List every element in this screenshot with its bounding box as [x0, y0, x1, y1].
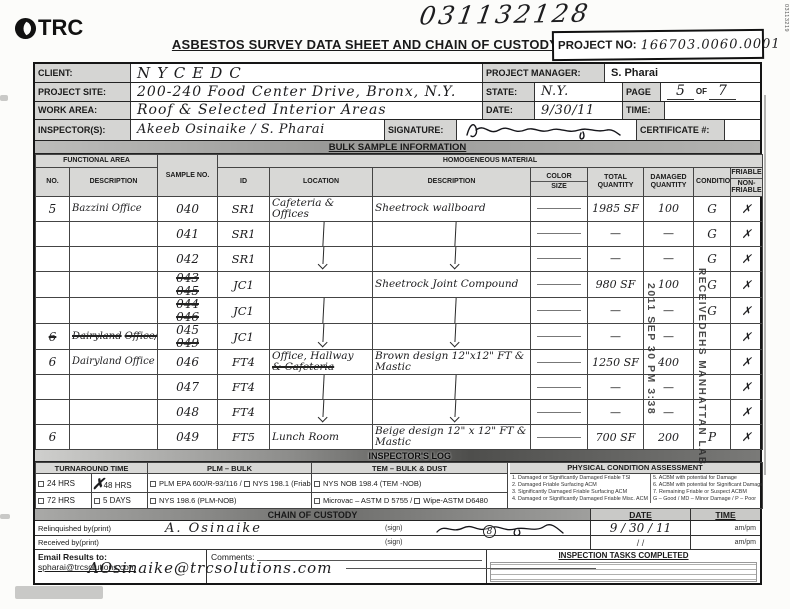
chain-of-custody-header: CHAIN OF CUSTODY DATE TIME	[35, 509, 760, 521]
signature-label: SIGNATURE:	[385, 120, 457, 140]
client-value: NYCEDC	[131, 64, 483, 82]
cell-color	[531, 425, 588, 450]
cell-color	[531, 271, 588, 297]
scan-artifact	[15, 586, 103, 599]
handwritten-check: ✗	[92, 475, 105, 493]
header-no: NO.	[36, 167, 70, 196]
cell-x: ✗	[731, 271, 763, 297]
cell-d2	[373, 298, 531, 324]
relinquished-row: Relinquished by(print) A. Osinaike (sign…	[35, 521, 760, 536]
header-size: SIZE	[531, 182, 587, 192]
handwritten-email: AOsinaike@trcsolutions.com	[88, 559, 596, 577]
cell-d2: Sheetrock Joint Compound	[373, 271, 531, 297]
inspector-label: INSPECTOR(S):	[35, 120, 131, 140]
cell-dam: —	[644, 375, 694, 400]
cell-dam: 200	[644, 425, 694, 450]
cell-total: 1985 SF	[588, 196, 644, 221]
checkbox-wipe	[414, 498, 420, 504]
bulk-section-title: BULK SAMPLE INFORMATION	[35, 141, 760, 154]
sample-row: 6049FT5Lunch RoomBeige design 12" x 12" …	[36, 425, 763, 450]
circled-number: 8	[483, 525, 496, 538]
handwritten-scan-number: 031132128	[417, 0, 592, 30]
custody-date-header: DATE	[590, 509, 690, 520]
color-size-divider	[537, 336, 581, 337]
cell-x: ✗	[731, 324, 763, 350]
state-value: N.Y.	[535, 83, 623, 101]
color-size-divider	[537, 437, 581, 438]
cell-dam: —	[644, 400, 694, 425]
cell-total: —	[588, 324, 644, 350]
cell-loc	[270, 246, 373, 271]
cell-x: ✗	[731, 221, 763, 246]
color-size-divider	[537, 208, 581, 209]
cell-color	[531, 196, 588, 221]
plm-row1: PLM EPA 600/R-93/116 / NYS 198.1 (Friabl…	[148, 474, 312, 493]
pca-item: 4. Damaged or Significantly Damaged Fria…	[512, 496, 648, 503]
relinquished-ampm: am/pm	[690, 521, 760, 535]
cell-total: 700 SF	[588, 425, 644, 450]
cell-loc: Cafeteria & Offices	[270, 196, 373, 221]
cell-color	[531, 324, 588, 350]
client-label: CLIENT:	[35, 64, 131, 82]
cell-d2	[373, 324, 531, 350]
cell-cond: G	[694, 246, 731, 271]
cell-cond: P	[694, 425, 731, 450]
cell-dam: —	[644, 221, 694, 246]
cell-no	[36, 375, 70, 400]
cell-desc: BazziniOffice	[70, 196, 158, 221]
sample-row: 043045JC1Sheetrock Joint Compound980 SF1…	[36, 271, 763, 297]
cell-sample: 046	[158, 350, 218, 375]
bulk-sample-table: FUNCTIONAL AREA SAMPLE NO. HOMOGENEOUS M…	[35, 154, 763, 451]
cell-id: SR1	[218, 196, 270, 221]
color-size-divider	[537, 258, 581, 259]
cell-desc	[70, 375, 158, 400]
header-description: DESCRIPTION	[70, 167, 158, 196]
checkbox-nys-1986	[150, 498, 156, 504]
header-description2: DESCRIPTION	[373, 167, 531, 196]
inspector-value: Akeeb Osinaike / S. Pharai	[131, 120, 385, 140]
cell-desc: DairylandOfficeCafe	[70, 350, 158, 375]
pca-item: 5. ACBM with potential for Damage	[653, 475, 762, 482]
cell-desc	[70, 425, 158, 450]
pca-left: 1. Damaged or Significantly Damaged Fria…	[510, 474, 651, 503]
color-size-divider	[537, 362, 581, 363]
pca-item: 7. Remaining Friable or Suspect ACBM	[653, 489, 762, 496]
inspectors-log-table: TURNAROUND TIME PLM – BULK TEM – BULK & …	[35, 462, 763, 509]
cell-color	[531, 350, 588, 375]
work-area-value: Roof & Selected Interior Areas	[131, 102, 483, 119]
cell-x: ✗	[731, 196, 763, 221]
header-damaged-quantity: DAMAGED QUANTITY	[644, 167, 694, 196]
sample-row: 6DairylandOfficeCafe046FT4Office, Hallwa…	[36, 350, 763, 375]
cell-loc	[270, 221, 373, 246]
scan-artifact	[0, 514, 10, 519]
cell-color	[531, 400, 588, 425]
cell-id: FT4	[218, 400, 270, 425]
cell-sample: 047	[158, 375, 218, 400]
cell-loc	[270, 375, 373, 400]
cell-id: FT4	[218, 375, 270, 400]
cell-no	[36, 221, 70, 246]
cell-x: ✗	[731, 298, 763, 324]
checkbox-nys-1981	[244, 481, 250, 487]
cell-cond	[694, 400, 731, 425]
time-value	[665, 102, 760, 119]
cell-sample: 042	[158, 246, 218, 271]
cell-total: —	[588, 400, 644, 425]
scanned-form-sheet: TRC 031132128 ASBESTOS SURVEY DATA SHEET…	[0, 0, 790, 609]
cell-desc	[70, 271, 158, 297]
cell-id: SR1	[218, 221, 270, 246]
cell-loc	[270, 400, 373, 425]
cell-total: —	[588, 298, 644, 324]
received-label: Received by(print)	[35, 538, 145, 547]
info-row-site: PROJECT SITE: 200-240 Food Center Drive,…	[35, 83, 760, 102]
page-of-label: OF	[696, 87, 707, 96]
tem-row2: Microvac – ASTM D 5755 / Wipe-ASTM D6480	[312, 493, 508, 509]
cell-dam: —	[644, 324, 694, 350]
header-homogeneous-material: HOMOGENEOUS MATERIAL	[218, 154, 763, 167]
info-row-client: CLIENT: NYCEDC PROJECT MANAGER: S. Phara…	[35, 64, 760, 83]
received-row: Received by(print) (sign) / / am/pm	[35, 536, 760, 550]
chain-of-custody-title: CHAIN OF CUSTODY	[35, 509, 590, 520]
tem-header: TEM – BULK & DUST	[312, 463, 508, 474]
sample-row: 047FT4——✗	[36, 375, 763, 400]
sign-label-1: (sign)	[385, 525, 419, 532]
cell-no	[36, 400, 70, 425]
checkbox-24hrs	[38, 481, 44, 487]
form-title: ASBESTOS SURVEY DATA SHEET AND CHAIN OF …	[150, 37, 580, 52]
header-functional-area: FUNCTIONAL AREA	[36, 154, 158, 167]
turnaround-72: 72 HRS	[36, 493, 92, 509]
cell-sample: 043045	[158, 271, 218, 297]
cell-dam: 400	[644, 350, 694, 375]
color-size-divider	[537, 412, 581, 413]
cell-cond: G	[694, 221, 731, 246]
cell-x: ✗	[731, 375, 763, 400]
cell-no: 5	[36, 196, 70, 221]
cell-loc: Office, Hallway& Cafeteria	[270, 350, 373, 375]
turnaround-24: 24 HRS	[36, 474, 92, 493]
cell-desc	[70, 400, 158, 425]
cell-total: 1250 SF	[588, 350, 644, 375]
header-non-friable: NON-FRIABLE	[731, 179, 762, 196]
cell-no	[36, 246, 70, 271]
cell-id: SR1	[218, 246, 270, 271]
relinquished-print-name: A. Osinaike	[145, 521, 385, 536]
signature-area	[457, 120, 637, 140]
form-body: CLIENT: NYCEDC PROJECT MANAGER: S. Phara…	[33, 62, 762, 585]
trc-logo: TRC	[14, 15, 83, 41]
cell-d2: Brown design 12"x12" FT & Mastic	[373, 350, 531, 375]
cell-total: 980 SF	[588, 271, 644, 297]
scan-edge-code: 03113219	[783, 4, 789, 32]
date-label: DATE:	[483, 102, 535, 119]
cell-dam: 100	[644, 196, 694, 221]
pca-item: 3. Significantly Damaged Friable Surfaci…	[512, 489, 648, 496]
pca-cell: PHYSICAL CONDITION ASSESSMENT 1. Damaged…	[508, 463, 763, 509]
header-sample-no: SAMPLE NO.	[158, 154, 218, 196]
cell-desc	[70, 246, 158, 271]
certificate-label: CERTIFICATE #:	[637, 120, 725, 140]
cell-no	[36, 271, 70, 297]
header-friable: FRIABLE NON-FRIABLE	[731, 167, 763, 196]
page-number: 5	[667, 83, 694, 100]
date-value: 9/30/11	[535, 102, 623, 119]
cell-color	[531, 375, 588, 400]
cell-loc	[270, 324, 373, 350]
cell-d2	[373, 400, 531, 425]
cell-cond: G	[694, 298, 731, 324]
cell-cond: G	[694, 271, 731, 297]
cell-no: 6	[36, 324, 70, 350]
page-edge-shadow	[764, 95, 766, 475]
cell-sample: 044046	[158, 298, 218, 324]
cell-x: ✗	[731, 425, 763, 450]
inspectors-log-title: INSPECTOR'S LOG	[35, 450, 760, 462]
header-color: COLOR	[531, 172, 587, 183]
pca-item: 1. Damaged or Significantly Damaged Fria…	[512, 475, 648, 482]
cell-d2	[373, 221, 531, 246]
cell-d2: Beige design 12" x 12" FT & Mastic	[373, 425, 531, 450]
cell-sample: 041	[158, 221, 218, 246]
cell-loc	[270, 271, 373, 297]
project-number-value: 166703.0060.0001	[641, 36, 781, 52]
pca-right: 5. ACBM with potential for Damage6. ACBM…	[651, 474, 762, 503]
sample-row: 041SR1——G✗	[36, 221, 763, 246]
sample-row: 042SR1——G✗	[36, 246, 763, 271]
received-date: / /	[590, 536, 690, 549]
header-total-quantity: TOTAL QUANTITY	[588, 167, 644, 196]
cell-no: 6	[36, 425, 70, 450]
cell-cond	[694, 324, 731, 350]
page-label: PAGE	[623, 83, 661, 101]
relinquished-date: 9 / 30 / 11	[590, 521, 690, 535]
cell-id: JC1	[218, 324, 270, 350]
plm-header: PLM – BULK	[148, 463, 312, 474]
bulk-table-body: 5BazziniOffice040SR1Cafeteria & OfficesS…	[36, 196, 763, 450]
cell-cond: G	[694, 196, 731, 221]
header-friable-top: FRIABLE	[731, 168, 762, 179]
cell-dam: —	[644, 246, 694, 271]
cell-total: —	[588, 246, 644, 271]
cell-dam: —	[644, 298, 694, 324]
info-row-workarea: WORK AREA: Roof & Selected Interior Area…	[35, 102, 760, 120]
color-size-divider	[537, 233, 581, 234]
project-manager-value: S. Pharai	[605, 64, 760, 82]
cell-x: ✗	[731, 400, 763, 425]
cell-loc	[270, 298, 373, 324]
received-ampm: am/pm	[690, 536, 760, 549]
work-area-label: WORK AREA:	[35, 102, 131, 119]
cell-desc	[70, 221, 158, 246]
pca-header: PHYSICAL CONDITION ASSESSMENT	[510, 463, 760, 474]
cell-id: JC1	[218, 271, 270, 297]
time-label: TIME:	[623, 102, 665, 119]
cell-loc: Lunch Room	[270, 425, 373, 450]
turnaround-header: TURNAROUND TIME	[36, 463, 148, 474]
cell-total: —	[588, 221, 644, 246]
project-number-label: PROJECT NO:	[558, 39, 637, 52]
relinquished-signature: 8	[419, 521, 590, 536]
cell-desc	[70, 298, 158, 324]
plm-row2: NYS 198.6 (PLM-NOB)	[148, 493, 312, 509]
checkbox-5days	[94, 498, 100, 504]
cell-cond	[694, 350, 731, 375]
state-label: STATE:	[483, 83, 535, 101]
cell-dam: 100	[644, 271, 694, 297]
tem-row1: NYS NOB 198.4 (TEM -NOB)	[312, 474, 508, 493]
sample-row: 044046JC1——G✗	[36, 298, 763, 324]
cell-d2	[373, 375, 531, 400]
header-color-size: COLOR SIZE	[531, 167, 588, 196]
checkbox-plm-epa	[150, 481, 156, 487]
page-total: 7	[709, 83, 736, 100]
cell-x: ✗	[731, 246, 763, 271]
cell-desc: DairylandOffice/Cafe	[70, 324, 158, 350]
project-number-box: PROJECT NO: 166703.0060.0001	[552, 29, 764, 61]
cell-d2: Sheetrock wallboard	[373, 196, 531, 221]
page-value: 5 OF 7	[661, 83, 760, 101]
sample-row: 6DairylandOffice/Cafe045049JC1——✗	[36, 324, 763, 350]
cell-id: JC1	[218, 298, 270, 324]
pca-item: 6. ACBM with potential for Significant D…	[653, 482, 762, 489]
cell-cond	[694, 375, 731, 400]
cell-no	[36, 298, 70, 324]
trc-logo-text: TRC	[38, 15, 83, 41]
turnaround-5days: 5 DAYS	[92, 493, 148, 509]
cell-id: FT4	[218, 350, 270, 375]
project-manager-label: PROJECT MANAGER:	[483, 64, 605, 82]
pca-item: 2. Damaged Friable Surfacing ACM	[512, 482, 648, 489]
cell-sample: 049	[158, 425, 218, 450]
cell-color	[531, 221, 588, 246]
cell-sample: 040	[158, 196, 218, 221]
project-site-label: PROJECT SITE:	[35, 83, 131, 101]
color-size-divider	[537, 284, 581, 285]
cell-d2	[373, 246, 531, 271]
inspector-signature-scrawl	[463, 120, 623, 140]
cell-sample: 045049	[158, 324, 218, 350]
sign-label-2: (sign)	[385, 539, 419, 546]
project-site-value: 200-240 Food Center Drive, Bronx, N.Y.	[131, 83, 483, 101]
checkbox-nys-nob	[314, 481, 320, 487]
cell-total: —	[588, 375, 644, 400]
cell-sample: 048	[158, 400, 218, 425]
custody-time-header: TIME	[690, 509, 760, 520]
checkbox-microvac	[314, 498, 320, 504]
color-size-divider	[537, 387, 581, 388]
pca-item: G – Good / MD – Minor Damage / P – Poor	[653, 496, 762, 503]
relinquished-label: Relinquished by(print)	[35, 524, 145, 533]
cell-x: ✗	[731, 350, 763, 375]
cell-no: 6	[36, 350, 70, 375]
sample-row: 048FT4——✗	[36, 400, 763, 425]
info-row-inspector: INSPECTOR(S): Akeeb Osinaike / S. Pharai…	[35, 120, 760, 141]
cell-id: FT5	[218, 425, 270, 450]
turnaround-48: ✗48 HRS	[92, 474, 148, 493]
certificate-value	[725, 120, 760, 140]
header-location: LOCATION	[270, 167, 373, 196]
scan-artifact	[0, 95, 8, 101]
checkbox-72hrs	[38, 498, 44, 504]
header-id: ID	[218, 167, 270, 196]
header-condition: CONDITION	[694, 167, 731, 196]
cell-color	[531, 246, 588, 271]
cell-color	[531, 298, 588, 324]
sample-row: 5BazziniOffice040SR1Cafeteria & OfficesS…	[36, 196, 763, 221]
trc-logo-icon	[14, 17, 37, 40]
color-size-divider	[537, 310, 581, 311]
